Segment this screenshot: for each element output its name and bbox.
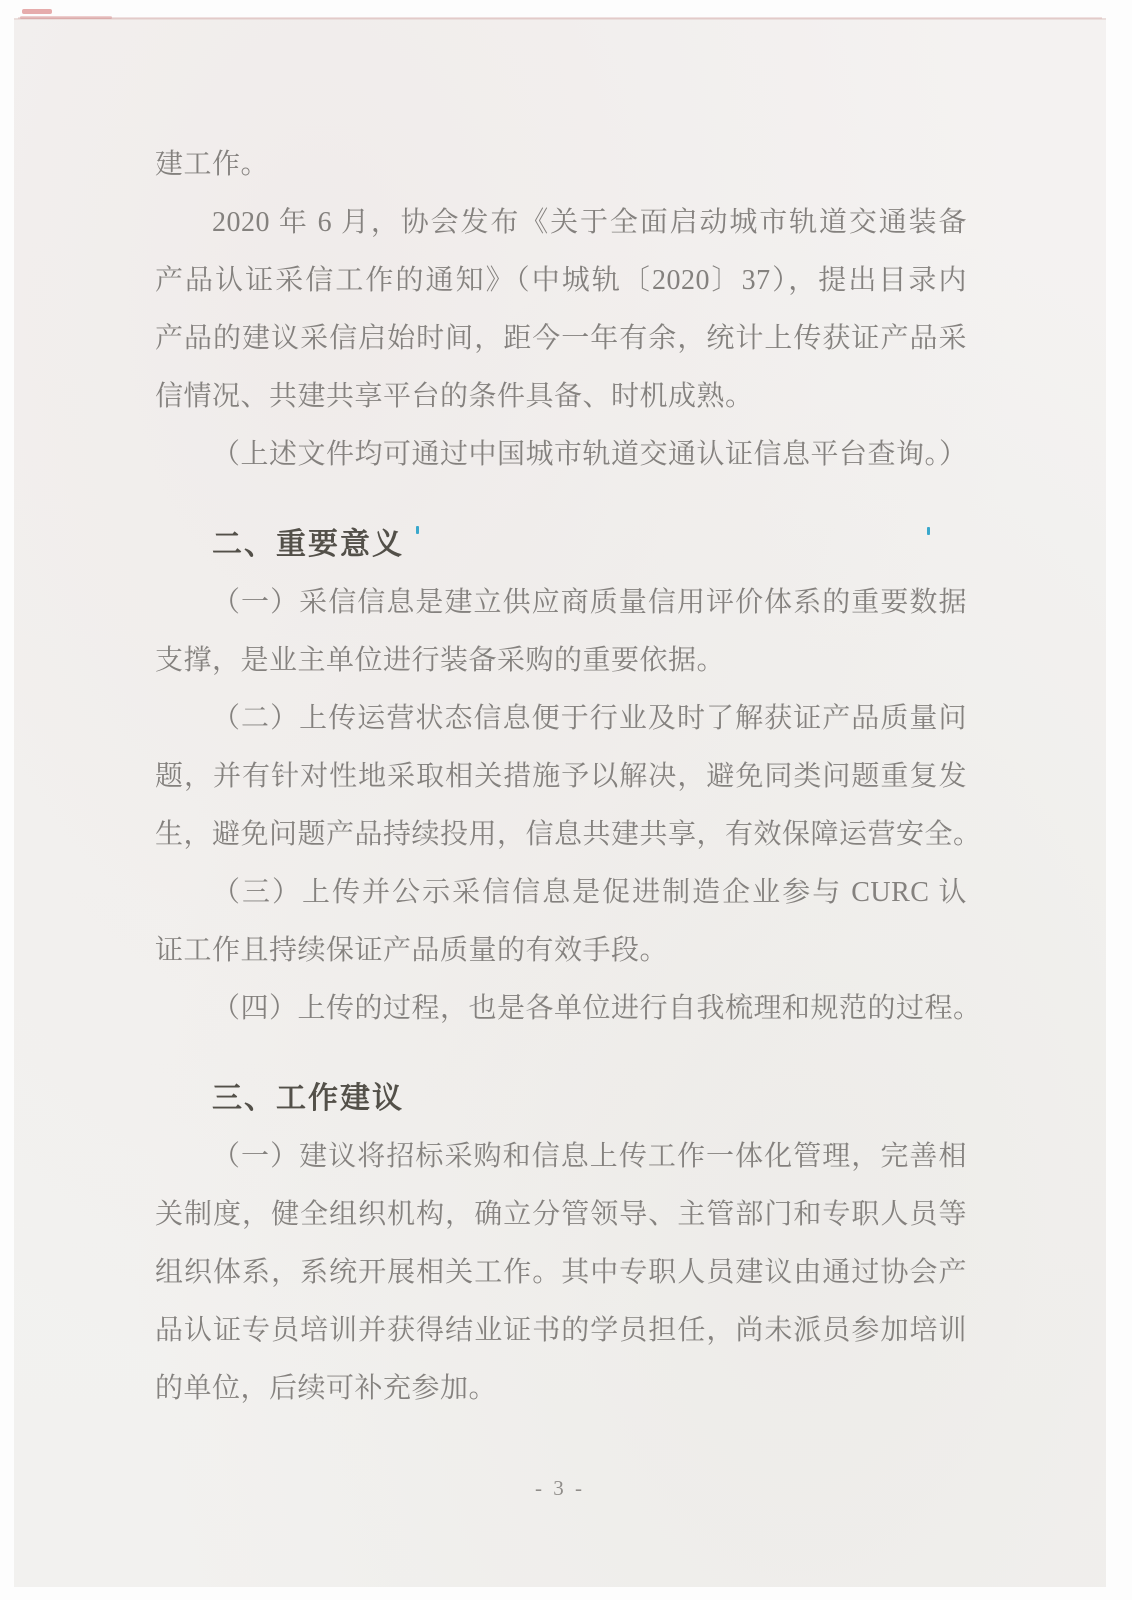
text-line: 信情况、共建共享平台的条件具备、时机成熟。 xyxy=(155,368,967,426)
scanned-document-page: 建工作。2020 年 6 月，协会发布《关于全面启动城市轨道交通装备产品认证采信… xyxy=(0,0,1132,1600)
paragraph: （上述文件均可通过中国城市轨道交通认证信息平台查询。） xyxy=(155,426,967,484)
heading-text: 二、重要意义 xyxy=(155,516,967,574)
page-number: - 3 - xyxy=(14,1476,1106,1501)
paragraph: 建工作。 xyxy=(155,136,967,194)
paragraph: 2020 年 6 月，协会发布《关于全面启动城市轨道交通装备产品认证采信工作的通… xyxy=(155,194,967,426)
text-line: （三）上传并公示采信信息是促进制造企业参与 CURC 认 xyxy=(155,864,967,922)
text-line: （一）采信信息是建立供应商质量信用评价体系的重要数据 xyxy=(155,574,967,632)
text-line: 关制度，健全组织机构，确立分管领导、主管部门和专职人员等 xyxy=(155,1186,967,1244)
paragraph: （一）建议将招标采购和信息上传工作一体化管理，完善相关制度，健全组织机构，确立分… xyxy=(155,1128,967,1418)
text-line: 支撑，是业主单位进行装备采购的重要依据。 xyxy=(155,632,967,690)
text-line: 产品认证采信工作的通知》（中城轨〔2020〕37），提出目录内 xyxy=(155,252,967,310)
text-line: 品认证专员培训并获得结业证书的学员担任，尚未派员参加培训 xyxy=(155,1302,967,1360)
text-line: 生，避免问题产品持续投用，信息共建共享，有效保障运营安全。 xyxy=(155,806,967,864)
text-line: （上述文件均可通过中国城市轨道交通认证信息平台查询。） xyxy=(155,426,967,484)
text-line: 证工作且持续保证产品质量的有效手段。 xyxy=(155,922,967,980)
text-line: （四）上传的过程，也是各单位进行自我梳理和规范的过程。 xyxy=(155,980,967,1038)
text-line: 组织体系，系统开展相关工作。其中专职人员建议由通过协会产 xyxy=(155,1244,967,1302)
paragraph: （二）上传运营状态信息便于行业及时了解获证产品质量问题，并有针对性地采取相关措施… xyxy=(155,690,967,864)
document-body: 建工作。2020 年 6 月，协会发布《关于全面启动城市轨道交通装备产品认证采信… xyxy=(155,136,967,1418)
text-line: 题，并有针对性地采取相关措施予以解决，避免同类问题重复发 xyxy=(155,748,967,806)
paragraph: （三）上传并公示采信信息是促进制造企业参与 CURC 认证工作且持续保证产品质量… xyxy=(155,864,967,980)
section-heading: 二、重要意义 xyxy=(155,516,967,574)
paragraph: （一）采信信息是建立供应商质量信用评价体系的重要数据支撑，是业主单位进行装备采购… xyxy=(155,574,967,690)
scan-artifact-red-mark xyxy=(22,9,52,14)
text-line: （一）建议将招标采购和信息上传工作一体化管理，完善相 xyxy=(155,1128,967,1186)
text-line: 2020 年 6 月，协会发布《关于全面启动城市轨道交通装备 xyxy=(155,194,967,252)
text-line: （二）上传运营状态信息便于行业及时了解获证产品质量问 xyxy=(155,690,967,748)
text-line: 产品的建议采信启始时间，距今一年有余，统计上传获证产品采 xyxy=(155,310,967,368)
text-line: 建工作。 xyxy=(155,136,967,194)
scan-artifact-red-mark xyxy=(20,16,112,19)
paragraph: （四）上传的过程，也是各单位进行自我梳理和规范的过程。 xyxy=(155,980,967,1038)
paper-background: 建工作。2020 年 6 月，协会发布《关于全面启动城市轨道交通装备产品认证采信… xyxy=(14,18,1106,1587)
section-heading: 三、工作建议 xyxy=(155,1070,967,1128)
text-line: 的单位，后续可补充参加。 xyxy=(155,1360,967,1418)
scan-artifact-line xyxy=(18,17,1102,19)
heading-text: 三、工作建议 xyxy=(155,1070,967,1128)
